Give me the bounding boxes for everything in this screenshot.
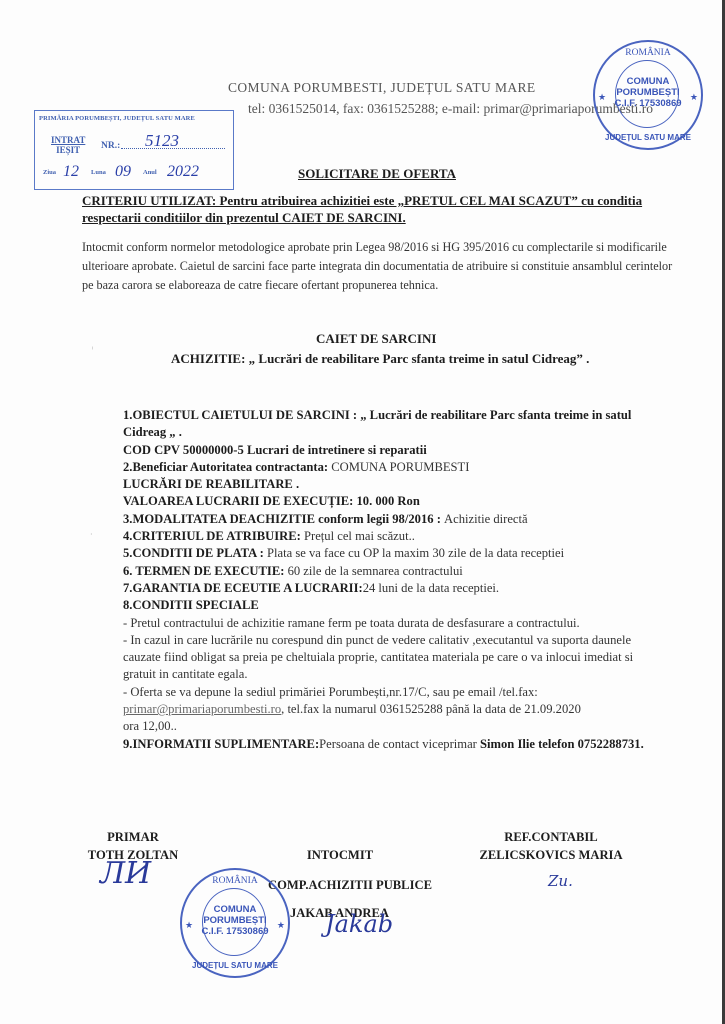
seal-center-text: COMUNA PORUMBEȘTI C.I.F. 17530869	[182, 904, 288, 937]
criterion-text: CRITERIU UTILIZAT: Pentru atribuirea ach…	[82, 192, 672, 226]
signature-block-intocmit: INTOCMIT	[290, 846, 390, 864]
section-5-value: Plata se va face cu OP la maxim 30 zile …	[267, 546, 564, 560]
seal-top-text: ROMÂNIA	[182, 876, 288, 886]
letterhead-contact: tel: 0361525014, fax: 0361525288; e-mail…	[248, 101, 653, 117]
section-1-line-a: 1.OBIECTUL CAIETULUI DE SARCINI : „ Lucr…	[123, 408, 631, 422]
section-2-label: 2.Beneficiar Autoritatea contractanta:	[123, 460, 331, 474]
contabil-name: ZELICSKOVICS MARIA	[466, 846, 636, 864]
seal-top-text: ROMÂNIA	[595, 48, 701, 58]
comp-achizitii-title: COMP.ACHIZITII PUBLICE	[268, 876, 432, 894]
signature-contabil: Zu.	[548, 872, 573, 890]
email-link[interactable]: primar@primariaporumbesti.ro	[123, 702, 281, 716]
scan-speck: ·	[90, 530, 93, 539]
cpv-code: COD CPV 50000000-5 Lucrari de intretiner…	[123, 443, 427, 457]
section-9-contact: Simon Ilie telefon 0752288731.	[480, 737, 644, 751]
intro-paragraph: Intocmit conform normelor metodologice a…	[82, 238, 682, 295]
seal-line2: PORUMBEȘTI	[203, 915, 266, 926]
stamp-nr-value: 5123	[145, 131, 179, 151]
section-8-para-3a: - Oferta se va depune la sediul primărie…	[123, 684, 693, 701]
stamp-zi-label: Ziua	[43, 169, 56, 176]
scan-speck: ⁱ	[92, 345, 93, 354]
section-4-value: Prețul cel mai scăzut..	[304, 529, 415, 543]
stamp-anul-label: Anul	[143, 169, 157, 176]
stamp-direction: INTRAT IEȘIT	[51, 135, 85, 155]
section-6-value: 60 zile de la semnarea contractului	[288, 564, 463, 578]
contabil-title: REF.CONTABIL	[466, 828, 636, 846]
stamp-luna-value: 09	[115, 163, 131, 181]
stamp-nr-label: NR.:	[101, 141, 120, 151]
section-3-value: Achizitie directă	[444, 512, 528, 526]
stamp-zi-value: 12	[63, 163, 79, 181]
seal-line3: C.I.F. 17530869	[201, 926, 268, 937]
valoare-label: VALOAREA LUCRARII DE EXECUȚIE	[123, 494, 349, 508]
seal-center-text: COMUNA PORUMBEȘTI C.I.F. 17530869	[595, 76, 701, 109]
official-seal-bottom: ROMÂNIA COMUNA PORUMBEȘTI C.I.F. 1753086…	[180, 868, 290, 978]
valoare-value: : 10. 000 Ron	[349, 494, 420, 508]
section-4-label: 4.CRITERIUL DE ATRIBUIRE:	[123, 529, 304, 543]
section-1-line-b: Cidreag „ .	[123, 425, 182, 439]
caiet-heading: CAIET DE SARCINI	[316, 331, 436, 347]
stamp-anul-value: 2022	[167, 163, 199, 181]
section-8-para-2a: - In cazul in care lucrările nu corespun…	[123, 632, 693, 649]
section-3-label: 3.MODALITATEA DEACHIZITIE conform legii …	[123, 512, 444, 526]
section-9-label: 9.INFORMATII SUPLIMENTARE:	[123, 737, 319, 751]
section-9-value: Persoana de contact viceprimar	[319, 737, 480, 751]
star-icon: ★	[185, 920, 193, 931]
stamp-header: PRIMĂRIA PORUMBEȘTI, JUDEȚUL SATU MARE	[39, 115, 195, 122]
section-2-value: COMUNA PORUMBESTI	[331, 460, 469, 474]
section-8-para-2b: cauzate fiind obligat sa preia pe cheltu…	[123, 649, 693, 666]
section-6-label: 6. TERMEN DE EXECUTIE:	[123, 564, 288, 578]
achizitie-heading: ACHIZITIE: „ Lucrări de reabilitare Parc…	[171, 351, 589, 367]
document-page: COMUNA PORUMBESTI, JUDEȚUL SATU MARE tel…	[0, 0, 725, 1024]
seal-line1: COMUNA	[214, 904, 257, 915]
primar-title: PRIMAR	[78, 828, 188, 846]
seal-line2: PORUMBEȘTI	[616, 87, 679, 98]
registration-stamp: PRIMĂRIA PORUMBEȘTI, JUDEȚUL SATU MARE I…	[34, 110, 234, 190]
star-icon: ★	[598, 92, 606, 103]
letterhead-title: COMUNA PORUMBESTI, JUDEȚUL SATU MARE	[228, 80, 536, 96]
stamp-luna-label: Luna	[91, 169, 106, 176]
star-icon: ★	[690, 92, 698, 103]
specification-body: 1.OBIECTUL CAIETULUI DE SARCINI : „ Lucr…	[123, 407, 693, 753]
seal-bottom-text: JUDEȚUL SATU MARE	[595, 133, 701, 142]
section-8-label: 8.CONDITII SPECIALE	[123, 598, 259, 612]
signature-block-contabil: REF.CONTABIL ZELICSKOVICS MARIA	[466, 828, 636, 864]
star-icon: ★	[277, 920, 285, 931]
official-seal-top: ROMÂNIA COMUNA PORUMBEȘTI C.I.F. 1753086…	[593, 40, 703, 150]
section-8-para-2c: gratuit in cantitate egala.	[123, 666, 693, 683]
seal-bottom-text: JUDEȚUL SATU MARE	[182, 961, 288, 970]
seal-line1: COMUNA	[627, 76, 670, 87]
stamp-iesit: IEȘIT	[56, 145, 80, 155]
section-7-value: 24 luni de la data receptiei.	[363, 581, 499, 595]
signature-primar: ЛИ	[100, 856, 151, 891]
document-title: SOLICITARE DE OFERTA	[298, 166, 456, 182]
intocmit-title: INTOCMIT	[290, 846, 390, 864]
lucrari-line: LUCRĂRI DE REABILITARE .	[123, 477, 299, 491]
signature-jakab: Jakab	[325, 910, 393, 938]
section-5-label: 5.CONDITII DE PLATA :	[123, 546, 267, 560]
section-8-para-3b: , tel.fax la numarul 0361525288 până la …	[281, 702, 581, 716]
section-8-para-3c: ora 12,00..	[123, 718, 693, 735]
section-7-label: 7.GARANTIA DE ECEUTIE A LUCRARII:	[123, 581, 363, 595]
seal-line3: C.I.F. 17530869	[614, 98, 681, 109]
stamp-intrat: INTRAT	[51, 135, 85, 145]
section-8-para-1: - Pretul contractului de achizitie raman…	[123, 615, 693, 632]
